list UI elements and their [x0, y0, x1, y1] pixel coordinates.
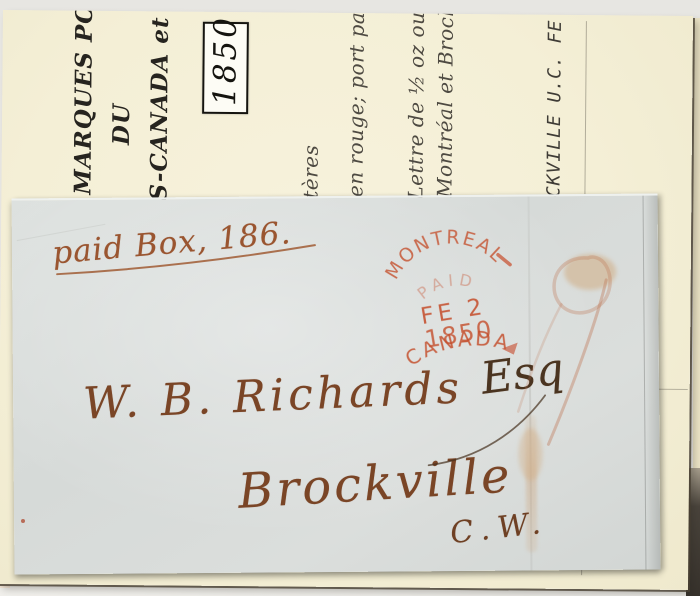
underlying-page-edge-right — [693, 18, 700, 478]
faded-rate-mark-tail — [547, 280, 607, 444]
caption-line-2: en rouge; port pa — [343, 12, 369, 198]
album-title-line-1: MARQUES POST — [69, 10, 98, 195]
red-ink-dash — [498, 255, 510, 265]
album-title-line-2: DU — [108, 103, 135, 145]
red-ink-fleck — [502, 343, 518, 355]
scanned-postal-cover-scene: S MARQUES POST DU AS-CANADA et CA 1850 t… — [0, 0, 700, 596]
folded-letter: paid Box, 186. MONTREAL PAID FE 2 1850 C… — [12, 193, 661, 574]
year-label-box: 1850 — [202, 22, 249, 114]
ink-flourishes-and-rate-mark — [12, 195, 661, 574]
year-label: 1850 — [207, 15, 244, 106]
caption-line-4: Montréal et Brock — [432, 10, 458, 198]
red-speck — [21, 519, 25, 523]
esq-swash-tail — [428, 395, 546, 465]
annotation-underline-flourish — [57, 245, 315, 274]
typed-backstamp-line: ROCKVILLE U.C. FE — [543, 19, 566, 220]
album-title-line-3: AS-CANADA et CA — [145, 10, 174, 219]
caption-line-3: Lettre de ½ oz ou — [403, 11, 429, 199]
faded-rate-mark-stroke — [517, 304, 562, 411]
caption-line-1: tères — [298, 145, 322, 199]
